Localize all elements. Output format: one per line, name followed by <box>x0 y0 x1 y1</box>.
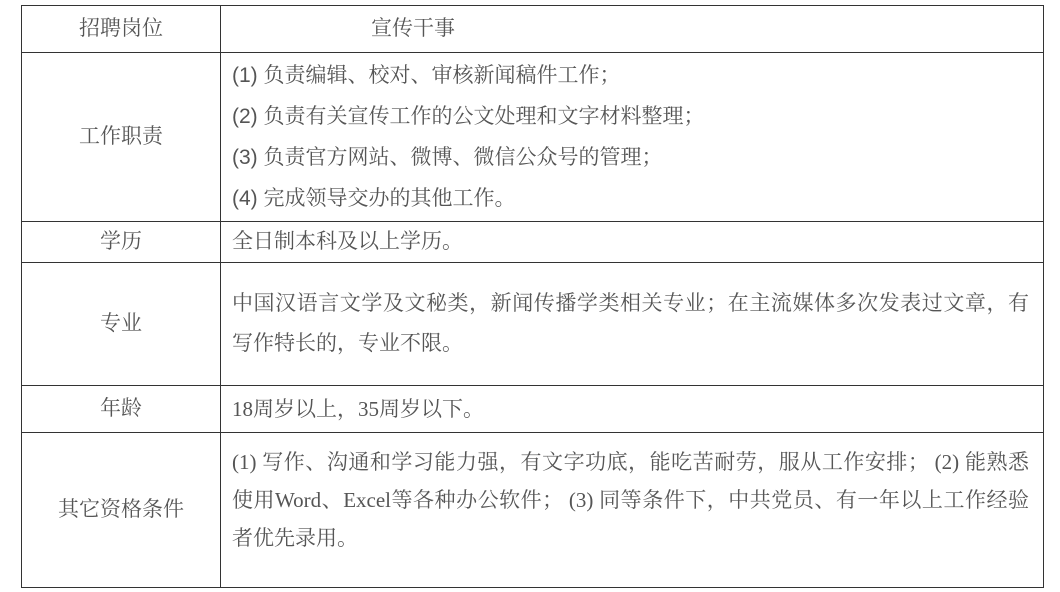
row-label-major: 专业 <box>22 263 221 386</box>
table-row-other-qualifications: 其它资格条件 (1) 写作、沟通和学习能力强，有文字功底，能吃苦耐劳，服从工作安… <box>22 433 1044 588</box>
other-qualifications-value: (1) 写作、沟通和学习能力强，有文字功底，能吃苦耐劳，服从工作安排； (2) … <box>221 433 1044 588</box>
age-value: 18周岁以上，35周岁以下。 <box>221 386 1044 433</box>
duty-line-4: (4) 完成领导交办的其他工作。 <box>232 178 1029 219</box>
recruitment-table: 招聘岗位 宣传干事 工作职责 (1) 负责编辑、校对、审核新闻稿件工作； (2)… <box>21 5 1044 588</box>
row-label-degree: 学历 <box>22 222 221 263</box>
duty-line-2: (2) 负责有关宣传工作的公文处理和文字材料整理； <box>232 96 1029 137</box>
duty-line-3: (3) 负责官方网站、微博、微信公众号的管理； <box>232 137 1029 178</box>
row-label-age: 年龄 <box>22 386 221 433</box>
table-row-major: 专业 中国汉语言文学及文秘类，新闻传播学类相关专业；在主流媒体多次发表过文章，有… <box>22 263 1044 386</box>
row-label-duties: 工作职责 <box>22 53 221 222</box>
table-row-degree: 学历 全日制本科及以上学历。 <box>22 222 1044 263</box>
major-value: 中国汉语言文学及文秘类，新闻传播学类相关专业；在主流媒体多次发表过文章，有写作特… <box>221 263 1044 386</box>
recruitment-table-container: 招聘岗位 宣传干事 工作职责 (1) 负责编辑、校对、审核新闻稿件工作； (2)… <box>21 5 1044 588</box>
table-row-position: 招聘岗位 宣传干事 <box>22 6 1044 53</box>
table-row-age: 年龄 18周岁以上，35周岁以下。 <box>22 386 1044 433</box>
row-label-position: 招聘岗位 <box>22 6 221 53</box>
position-value: 宣传干事 <box>221 6 1044 53</box>
duty-line-1: (1) 负责编辑、校对、审核新闻稿件工作； <box>232 55 1029 96</box>
degree-value: 全日制本科及以上学历。 <box>221 222 1044 263</box>
row-label-other-qualifications: 其它资格条件 <box>22 433 221 588</box>
duties-value: (1) 负责编辑、校对、审核新闻稿件工作； (2) 负责有关宣传工作的公文处理和… <box>221 53 1044 222</box>
table-row-duties: 工作职责 (1) 负责编辑、校对、审核新闻稿件工作； (2) 负责有关宣传工作的… <box>22 53 1044 222</box>
